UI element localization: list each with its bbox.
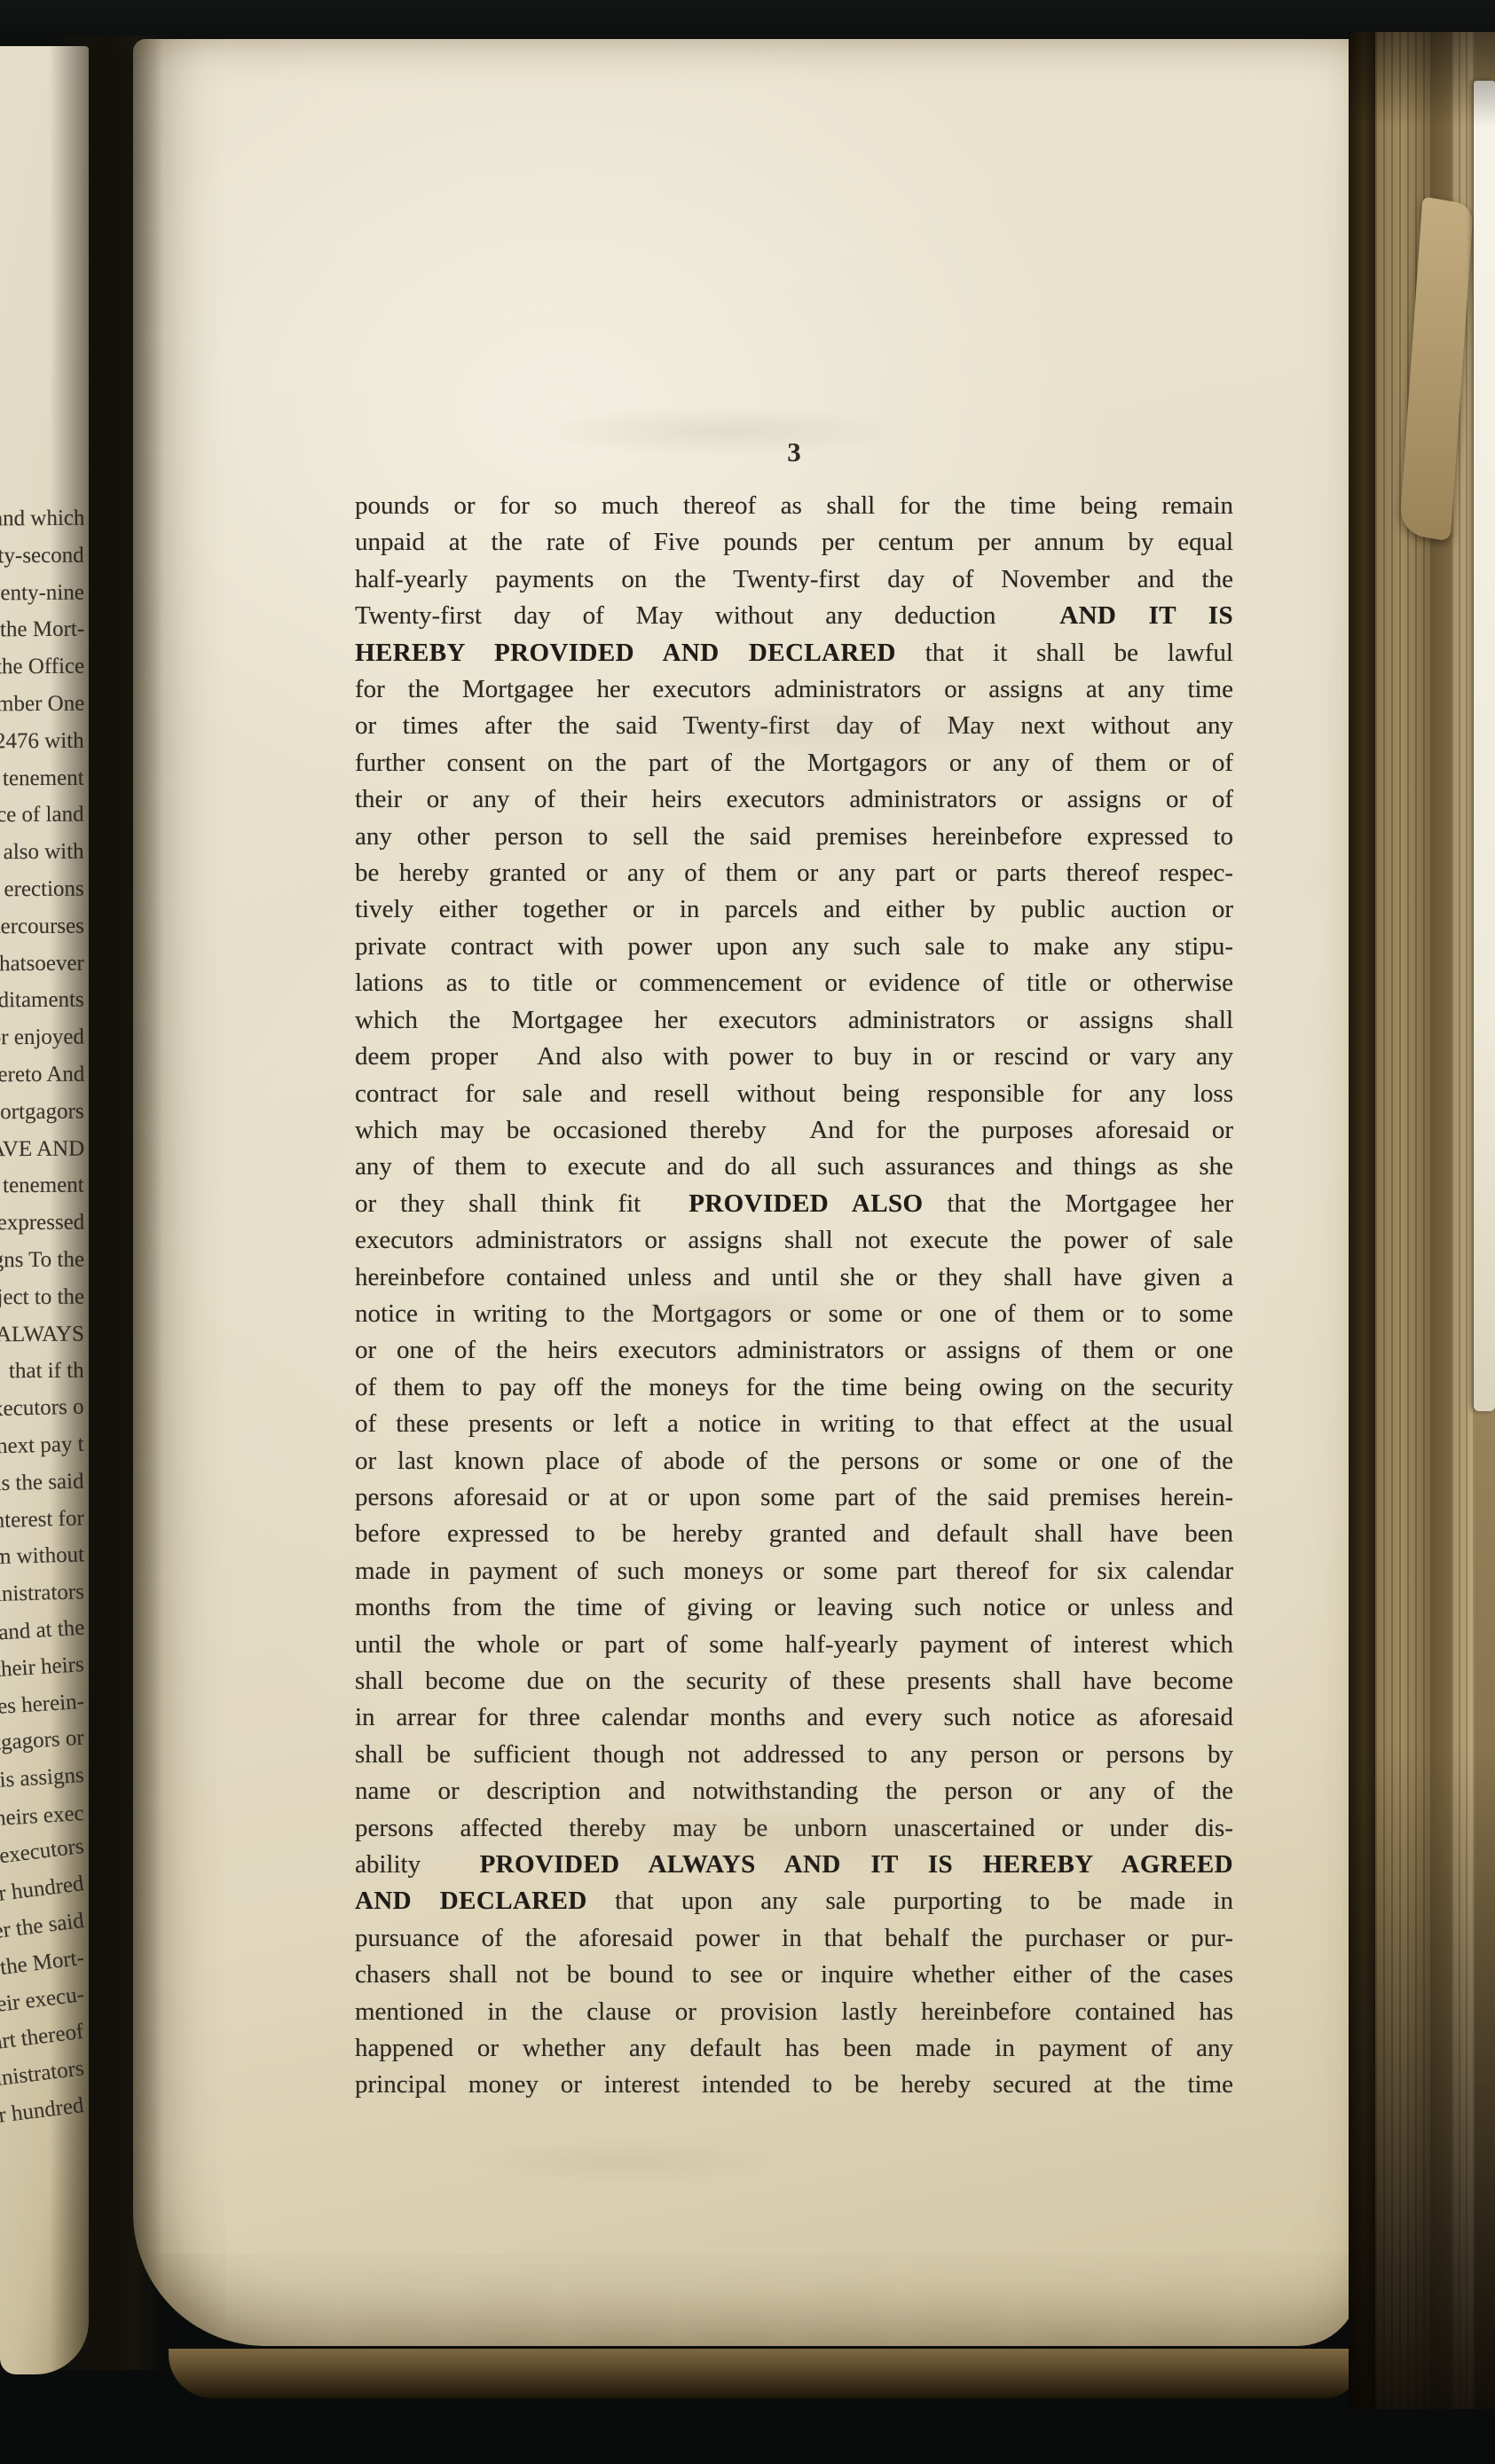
text-segment: which may be occasioned thereby And for … [355, 1116, 1233, 1144]
previous-page-text-fragment: mber One [0, 689, 84, 720]
page-number: 3 [355, 436, 1233, 468]
text-segment: shall become due on the security of thes… [355, 1667, 1233, 1695]
text-segment: happened or whether any default has been… [355, 2034, 1233, 2062]
text-segment: lations as to title or commencement or e… [355, 969, 1233, 997]
document-text-line: persons affected thereby may be unborn u… [355, 1810, 1233, 1847]
text-segment: or times after the said Twenty-first day… [355, 711, 1233, 740]
text-segment: that upon any sale purporting to be made… [587, 1887, 1233, 1915]
text-segment: that the Mortgagee her [923, 1189, 1233, 1218]
document-text-line: persons aforesaid or at or upon some par… [355, 1479, 1233, 1516]
previous-page-text-fragments: and whichnty-secondventy-ninethe Mort-th… [0, 46, 89, 2374]
previous-page-text-fragment: er also with [0, 837, 84, 868]
document-text-line: of these presents or left a notice in wr… [355, 1406, 1233, 1442]
document-text-line: unpaid at the rate of Five pounds per ce… [355, 524, 1233, 561]
text-segment: name or description and notwithstanding … [355, 1777, 1233, 1805]
text-segment: principal money or interest intended to … [355, 2070, 1233, 2099]
text-segment: of them to pay off the moneys for the ti… [355, 1373, 1233, 1401]
text-segment: for the Mortgagee her executors administ… [355, 675, 1233, 703]
document-text-line: name or description and notwithstanding … [355, 1773, 1233, 1809]
document-text-line: happened or whether any default has been… [355, 2030, 1233, 2067]
text-segment: Twenty-first day of May without any dedu… [355, 601, 1059, 630]
previous-page-text-fragment: gs erections [0, 875, 84, 906]
document-text-line: contract for sale and resell without bei… [355, 1076, 1233, 1112]
emphasized-phrase: AND IT IS [1059, 601, 1233, 630]
previous-page-text-fragment: the Mort- [0, 615, 84, 646]
document-text-line: hereinbefore contained unless and until … [355, 1259, 1233, 1296]
document-text-line: which may be occasioned thereby And for … [355, 1112, 1233, 1149]
previous-page-text-fragment: her executors [0, 1832, 86, 1876]
previous-page-text-fragment: heirs exec [0, 1799, 85, 1834]
previous-page-sliver: and whichnty-secondventy-ninethe Mort-th… [0, 46, 89, 2374]
previous-page-text-fragment: re expressed [0, 1208, 84, 1239]
document-text-line: private contract with power upon any suc… [355, 929, 1233, 965]
text-segment: persons aforesaid or at or upon some par… [355, 1483, 1233, 1511]
document-text-line: further consent on the part of the Mortg… [355, 745, 1233, 781]
previous-page-text-fragment: nty-second [0, 540, 84, 571]
previous-page-text-fragment: executors o [0, 1393, 84, 1425]
previous-page-text-fragment: fter the said [0, 1906, 86, 1949]
text-segment: before expressed to be hereby granted an… [355, 1519, 1233, 1548]
document-text-line: before expressed to be hereby granted an… [355, 1516, 1233, 1552]
document-text-line: Twenty-first day of May without any dedu… [355, 598, 1233, 634]
document-text-line: shall be sufficient though not addressed… [355, 1737, 1233, 1773]
text-segment: tively either together or in parcels and… [355, 895, 1233, 923]
text-segment: executors administrators or assigns shal… [355, 1226, 1233, 1254]
document-text-line: or times after the said Twenty-first day… [355, 708, 1233, 744]
text-segment: or they shall think fit [355, 1189, 688, 1218]
previous-page-text-fragment: t and at the [0, 1613, 85, 1650]
text-segment: any other person to sell the said premis… [355, 822, 1233, 851]
text-segment: half-yearly payments on the Twenty-first… [355, 565, 1233, 593]
previous-page-text-fragment: num without [0, 1541, 84, 1573]
document-text-line: principal money or interest intended to … [355, 2067, 1233, 2103]
text-segment: private contract with power upon any suc… [355, 932, 1233, 961]
text-segment: ability [355, 1850, 480, 1879]
text-segment: any of them to execute and do all such a… [355, 1152, 1233, 1181]
text-segment: until the whole or part of some half-yea… [355, 1630, 1233, 1659]
loose-page-sliver [1474, 81, 1495, 1411]
previous-page-text-fragment: s whatsoever [0, 948, 84, 979]
text-segment: or one of the heirs executors administra… [355, 1336, 1233, 1364]
text-segment: which the Mortgagee her executors admini… [355, 1006, 1233, 1034]
text-segment: pounds or for so much thereof as shall f… [355, 491, 1233, 520]
document-text-line: or one of the heirs executors administra… [355, 1332, 1233, 1369]
text-segment: pursuance of the aforesaid power in that… [355, 1924, 1233, 1952]
document-text-line: mentioned in the clause or provision las… [355, 1994, 1233, 2030]
document-text-line: tively either together or in parcels and… [355, 891, 1233, 928]
previous-page-text-fragment: venty-nine [0, 577, 84, 608]
document-text-line: months from the time of giving or leavin… [355, 1589, 1233, 1626]
book-fore-edge [1349, 32, 1495, 2409]
previous-page-text-fragment: vatercourses [0, 911, 84, 942]
document-text-line: until the whole or part of some half-yea… [355, 1627, 1233, 1663]
document-text-line: deem proper And also with power to buy i… [355, 1039, 1233, 1075]
document-text-line: which the Mortgagee her executors admini… [355, 1002, 1233, 1039]
text-segment: further consent on the part of the Mortg… [355, 749, 1233, 777]
text-segment: that it shall be lawful [896, 639, 1233, 667]
text-segment: deem proper And also with power to buy i… [355, 1042, 1233, 1071]
previous-page-text-fragment: mises herein- [0, 1687, 85, 1724]
document-text-line: any other person to sell the said premis… [355, 819, 1233, 855]
previous-page-text-fragment: HAVE AND [0, 1134, 84, 1165]
document-text-line: for the Mortgagee her executors administ… [355, 671, 1233, 708]
previous-page-text-fragment: that if th [9, 1356, 84, 1387]
previous-page-text-fragment: next pay t [0, 1430, 84, 1463]
previous-page-text-fragment: Mortgagors [0, 1096, 84, 1127]
document-text-line: of them to pay off the moneys for the ti… [355, 1369, 1233, 1406]
text-segment: chasers shall not be bound to see or inq… [355, 1960, 1233, 1989]
previous-page-text-fragment: or tenement [0, 1171, 84, 1202]
document-text-line: shall become due on the security of thes… [355, 1663, 1233, 1699]
text-segment: persons affected thereby may be unborn u… [355, 1814, 1233, 1842]
emphasized-phrase: AND DECLARED [355, 1887, 587, 1915]
document-page: 3 pounds or for so much thereof as shall… [133, 39, 1359, 2346]
text-segment: of these presents or left a notice in wr… [355, 1409, 1233, 1438]
previous-page-text-fragment: tenement [3, 763, 84, 794]
previous-page-text-fragment: or his assigns [0, 1761, 85, 1798]
document-text-line: any of them to execute and do all such a… [355, 1149, 1233, 1185]
document-text-line: half-yearly payments on the Twenty-first… [355, 561, 1233, 598]
previous-page-text-fragment: of their heirs [0, 1650, 85, 1687]
document-text-line: be hereby granted or any of them or any … [355, 855, 1233, 891]
text-segment: their or any of their heirs executors ad… [355, 785, 1233, 813]
document-text-line: lations as to title or commencement or e… [355, 965, 1233, 1001]
emphasized-phrase: HEREBY PROVIDED AND DECLARED [355, 639, 896, 667]
text-segment: be hereby granted or any of them or any … [355, 859, 1233, 887]
page-edge-strip [1349, 32, 1375, 2409]
previous-page-text-fragment: ereditaments [0, 985, 84, 1016]
emphasized-phrase: PROVIDED ALWAYS AND IT IS HEREBY AGREED [480, 1850, 1233, 1879]
text-segment: unpaid at the rate of Five pounds per ce… [355, 528, 1233, 556]
document-text-line: pounds or for so much thereof as shall f… [355, 488, 1233, 524]
document-text-line: in arrear for three calendar months and … [355, 1699, 1233, 1736]
document-text-block: pounds or for so much thereof as shall f… [355, 488, 1233, 2104]
document-text-line: pursuance of the aforesaid power in that… [355, 1920, 1233, 1957]
text-segment: hereinbefore contained unless and until … [355, 1263, 1233, 1291]
previous-page-text-fragment: bject to the [0, 1282, 84, 1313]
previous-page-text-fragment: dministrators [0, 1577, 84, 1610]
photo-backdrop: and whichnty-secondventy-ninethe Mort-th… [0, 0, 1495, 2464]
document-text-line: or they shall think fit PROVIDED ALSO th… [355, 1186, 1233, 1222]
previous-page-text-fragment: ns the said [0, 1466, 84, 1499]
previous-page-text-fragment: hereto And [0, 1060, 84, 1091]
document-text-line: their or any of their heirs executors ad… [355, 781, 1233, 818]
document-text-line: chasers shall not be bound to see or inq… [355, 1957, 1233, 1993]
text-segment: months from the time of giving or leavin… [355, 1593, 1233, 1621]
previous-page-text-fragment: iece of land [0, 800, 84, 831]
document-text-line: or last known place of abode of the pers… [355, 1443, 1233, 1479]
text-segment: shall be sufficient though not addressed… [355, 1740, 1233, 1769]
previous-page-text-fragment: the Office [0, 652, 84, 683]
previous-page-text-fragment: d or enjoyed [0, 1023, 84, 1054]
previous-page-text-fragment: D ALWAYS [0, 1319, 84, 1350]
emphasized-phrase: PROVIDED ALSO [688, 1189, 923, 1218]
text-segment: mentioned in the clause or provision las… [355, 1997, 1233, 2026]
document-text-line: notice in writing to the Mortgagors or s… [355, 1296, 1233, 1332]
previous-page-text-fragment: h interest for [0, 1503, 84, 1536]
bottom-page-edges [169, 2349, 1357, 2398]
text-segment: made in payment of such moneys or some p… [355, 1557, 1233, 1585]
previous-page-text-fragment: and which [0, 504, 84, 535]
previous-page-text-fragment: signs To the [0, 1245, 84, 1276]
previous-page-text-fragment: Mortgagors or [0, 1723, 85, 1762]
previous-page-text-fragment: four hundred [0, 1869, 86, 1913]
document-text-line: AND DECLARED that upon any sale purporti… [355, 1883, 1233, 1919]
document-text-line: HEREBY PROVIDED AND DECLARED that it sha… [355, 635, 1233, 671]
document-text-line: made in payment of such moneys or some p… [355, 1553, 1233, 1589]
text-segment: or last known place of abode of the pers… [355, 1447, 1233, 1475]
text-segment: in arrear for three calendar months and … [355, 1703, 1233, 1731]
document-text-line: ability PROVIDED ALWAYS AND IT IS HEREBY… [355, 1847, 1233, 1883]
previous-page-text-fragment: 2476 with [0, 726, 84, 757]
previous-page-text-fragment: four hundred [0, 2091, 86, 2136]
text-segment: notice in writing to the Mortgagors or s… [355, 1299, 1233, 1328]
text-segment: contract for sale and resell without bei… [355, 1079, 1233, 1108]
document-text-line: executors administrators or assigns shal… [355, 1222, 1233, 1259]
